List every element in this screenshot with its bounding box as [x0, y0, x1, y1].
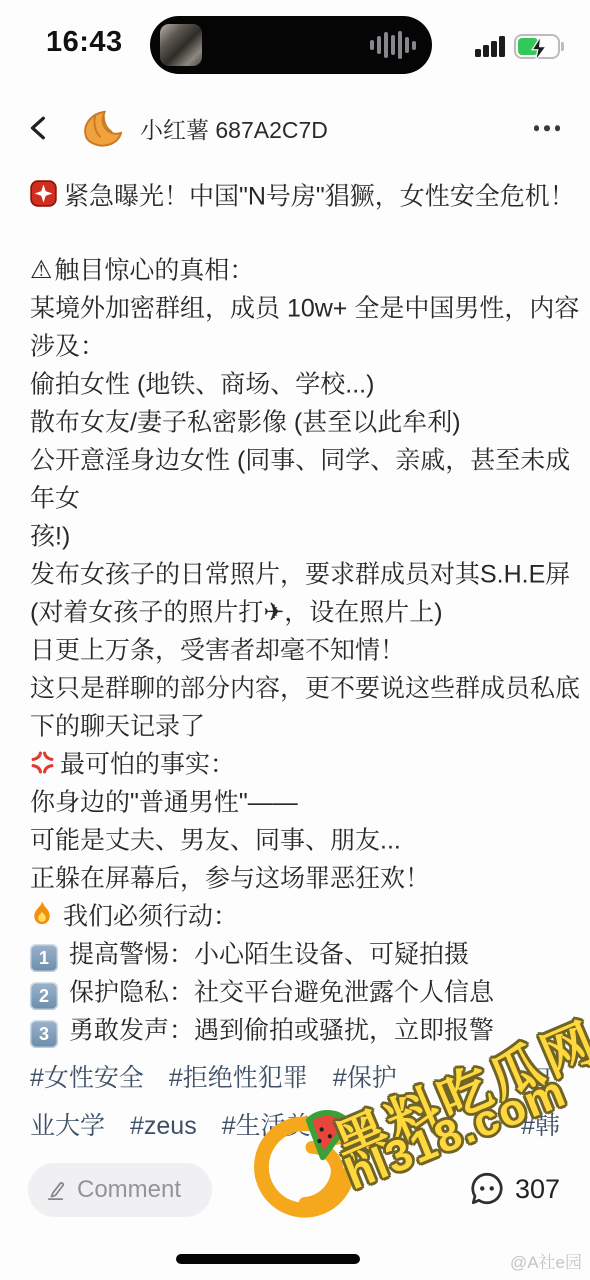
hashtag-link-wrapped[interactable]: 工	[535, 1054, 560, 1102]
hashtag-line: 业大学 #zeus #生活美学 #韩	[30, 1102, 560, 1150]
post-line-text: 涉及：	[30, 332, 105, 360]
post-line: 正躲在屏幕后，参与这场罪恶狂欢！	[30, 858, 560, 896]
post-line: 3勇敢发声：遇到偷拍或骚扰，立即报警	[30, 1010, 560, 1048]
post-line-text: 最可怕的事实：	[60, 750, 235, 778]
post-line: 这只是群聊的部分内容，更不要说这些群成员私底	[30, 668, 560, 706]
post-line: 偷拍女性 (地铁、商场、学校...)	[30, 364, 560, 402]
comment-placeholder: Comment	[77, 1176, 181, 1204]
fire-icon	[30, 900, 54, 927]
post-line-text: 触目惊心的真相：	[54, 256, 254, 284]
status-time: 16:43	[46, 26, 123, 59]
post-line-text: 发布女孩子的日常照片，要求群成员对其S.H.E屏	[30, 560, 570, 588]
post-line-text: 这只是群聊的部分内容，更不要说这些群成员私底	[30, 674, 580, 702]
post-line-text: 我们必须行动：	[63, 902, 238, 930]
comment-input[interactable]: Comment	[28, 1163, 212, 1217]
comment-bubble-icon	[468, 1170, 506, 1208]
post-line: 涉及：	[30, 326, 560, 364]
hashtag-links[interactable]: #女性安全 #拒绝性犯罪 #保护	[30, 1054, 397, 1102]
post-line: (对着女孩子的照片打✈，设在照片上)	[30, 592, 560, 630]
avatar[interactable]	[78, 104, 126, 152]
phone-screen: 16:43	[0, 0, 590, 1280]
post-line: 下的聊天记录了	[30, 706, 560, 744]
comment-count-button[interactable]: 307	[468, 1170, 560, 1208]
post-line: ⚠触目惊心的真相：	[30, 250, 560, 288]
keycap-1-icon: 1	[30, 944, 58, 972]
home-indicator[interactable]	[176, 1254, 360, 1264]
post-line-text: 提高警惕：小心陌生设备、可疑拍摄	[69, 940, 469, 968]
post-line-text: 公开意淫身边女性 (同事、同学、亲戚，甚至未成	[30, 446, 570, 474]
post-line: 散布女友/妻子私密影像 (甚至以此牟利)	[30, 402, 560, 440]
status-bar: 16:43	[0, 0, 590, 92]
croissant-icon	[79, 105, 125, 151]
post-line: 最可怕的事实：	[30, 744, 560, 782]
post-line-text: 年女	[30, 484, 80, 512]
battery-charging-icon	[514, 34, 565, 59]
audio-waveform-icon	[370, 31, 416, 59]
post-line: 2保护隐私：社交平台避免泄露个人信息	[30, 972, 560, 1010]
hashtag-line: #女性安全 #拒绝性犯罪 #保护 工	[30, 1054, 560, 1102]
ellipsis-icon	[534, 125, 540, 131]
post-header: 小红薯 687A2C7D	[0, 92, 590, 164]
post-line: 你身边的"普通男性"——	[30, 782, 560, 820]
post-line-text: 下的聊天记录了	[30, 712, 205, 740]
post-title-text: 紧急曝光！中国"N号房"猖獗，女性安全危机！	[64, 182, 575, 210]
post-line: 我们必须行动：	[30, 896, 560, 934]
post-line: 公开意淫身边女性 (同事、同学、亲戚，甚至未成	[30, 440, 560, 478]
album-art-thumbnail	[160, 24, 202, 66]
warning-icon: ⚠	[30, 256, 52, 284]
alarm-badge-icon	[30, 180, 57, 207]
post-line: 某境外加密群组，成员 10w+ 全是中国男性，内容	[30, 288, 560, 326]
keycap-2-icon: 2	[30, 982, 58, 1010]
hashtag-links[interactable]: 业大学 #zeus #生活美学	[30, 1102, 336, 1150]
post-title: 紧急曝光！中国"N号房"猖獗，女性安全危机！	[30, 176, 560, 214]
pen-icon	[44, 1179, 67, 1202]
post-line-text: 正躲在屏幕后，参与这场罪恶狂欢！	[30, 864, 430, 892]
chevron-left-icon	[33, 118, 44, 138]
username[interactable]: 小红薯 687A2C7D	[140, 112, 328, 145]
post-line-text: 保护隐私：社交平台避免泄露个人信息	[69, 978, 494, 1006]
post-line-text: 某境外加密群组，成员 10w+ 全是中国男性，内容	[30, 294, 579, 322]
post-line-text: 日更上万条，受害者却毫不知情！	[30, 636, 405, 664]
post-line-text: 偷拍女性 (地铁、商场、学校...)	[30, 370, 374, 398]
post-line-text: (对着女孩子的照片打✈，设在照片上)	[30, 598, 443, 626]
post-line: 可能是丈夫、男友、同事、朋友...	[30, 820, 560, 858]
post-line: 年女	[30, 478, 560, 516]
post-line-text: 你身边的"普通男性"——	[30, 788, 298, 816]
dynamic-island-media-player[interactable]	[150, 16, 432, 74]
anger-icon	[30, 750, 55, 775]
more-options-button[interactable]	[534, 125, 561, 131]
status-icons	[475, 34, 564, 59]
post-line-text: 孩!)	[30, 522, 70, 550]
hashtag-block: #女性安全 #拒绝性犯罪 #保护 工 业大学 #zeus #生活美学 #韩	[30, 1054, 560, 1150]
post-line: 发布女孩子的日常照片，要求群成员对其S.H.E屏	[30, 554, 560, 592]
post-line: 孩!)	[30, 516, 560, 554]
post-line-text: 可能是丈夫、男友、同事、朋友...	[30, 826, 401, 854]
hashtag-link-wrapped[interactable]: #韩	[521, 1102, 560, 1150]
cellular-signal-icon	[475, 36, 505, 57]
post-content: 紧急曝光！中国"N号房"猖獗，女性安全危机！ ⚠触目惊心的真相：某境外加密群组，…	[0, 164, 590, 1150]
corner-credit-watermark: @A社e园	[510, 1248, 582, 1273]
post-line-text: 勇敢发声：遇到偷拍或骚扰，立即报警	[69, 1016, 494, 1044]
back-button[interactable]	[26, 113, 56, 143]
post-line-text: 散布女友/妻子私密影像 (甚至以此牟利)	[30, 408, 461, 436]
post-body: ⚠触目惊心的真相：某境外加密群组，成员 10w+ 全是中国男性，内容涉及：偷拍女…	[30, 250, 560, 1048]
post-line: 日更上万条，受害者却毫不知情！	[30, 630, 560, 668]
keycap-3-icon: 3	[30, 1020, 58, 1048]
post-line: 1提高警惕：小心陌生设备、可疑拍摄	[30, 934, 560, 972]
comment-count: 307	[515, 1174, 560, 1205]
